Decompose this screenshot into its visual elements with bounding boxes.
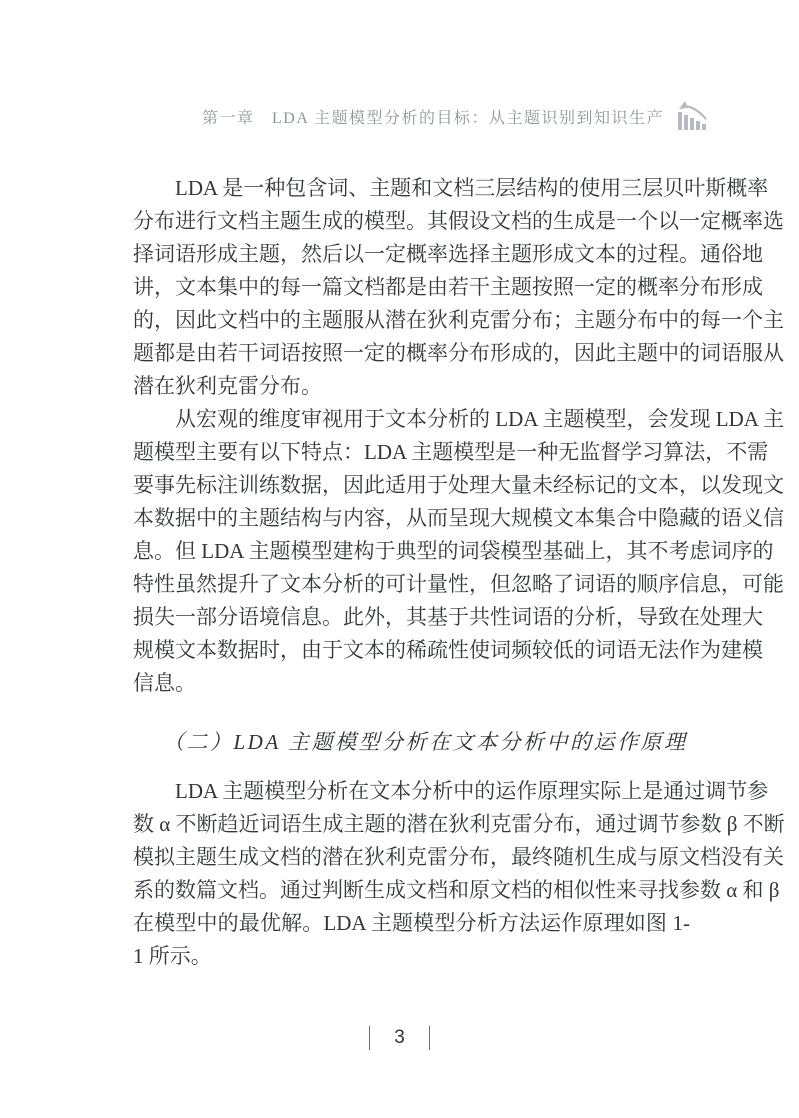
paragraph-line: 择词语形成主题，然后以一定概率选择主题形成文本的过程。通俗地 <box>133 238 690 271</box>
paragraph-line: 规模文本数据时，由于文本的稀疏性使词频较低的词语无法作为建模 <box>133 634 690 667</box>
paragraph-line: 题模型主要有以下特点：LDA 主题模型是一种无监督学习算法，不需 <box>133 436 690 469</box>
paragraph-line: LDA 主题模型分析在文本分析中的运作原理实际上是通过调节参 <box>133 775 690 808</box>
paragraph-line: 的，因此文档中的主题服从潜在狄利克雷分布；主题分布中的每一个主 <box>133 304 690 337</box>
chapter-title: 第一章 LDA 主题模型分析的目标：从主题识别到知识生产 <box>202 106 664 132</box>
paragraph-line: 潜在狄利克雷分布。 <box>133 370 690 403</box>
running-header: 第一章 LDA 主题模型分析的目标：从主题识别到知识生产 <box>202 100 711 132</box>
paragraph-line: 在模型中的最优解。LDA 主题模型分析方法运作原理如图 1-1 所示。 <box>133 907 690 940</box>
page-footer: 3 <box>0 1026 799 1050</box>
paragraph-3: LDA 主题模型分析在文本分析中的运作原理实际上是通过调节参 数 α 不断趋近词… <box>133 775 690 940</box>
paragraph-line: 损失一部分语境信息。此外，其基于共性词语的分析，导致在处理大 <box>133 601 690 634</box>
footer-left-rule <box>369 1026 370 1050</box>
subsection-heading: （二）LDA 主题模型分析在文本分析中的运作原理 <box>133 726 690 759</box>
paragraph-line: 讲，文本集中的每一篇文档都是由若干主题按照一定的概率分布形成 <box>133 271 690 304</box>
paragraph-line: 本数据中的主题结构与内容，从而呈现大规模文本集合中隐藏的语义信 <box>133 502 690 535</box>
paragraph-line: 数 α 不断趋近词语生成主题的潜在狄利克雷分布，通过调节参数 β 不断 <box>133 808 690 841</box>
paragraph-2: 从宏观的维度审视用于文本分析的 LDA 主题模型，会发现 LDA 主 题模型主要… <box>133 403 690 700</box>
paragraph-line: 信息。 <box>133 667 690 700</box>
paragraph-line: LDA 是一种包含词、主题和文档三层结构的使用三层贝叶斯概率 <box>133 172 690 205</box>
paragraph-line: 模拟主题生成文档的潜在狄利克雷分布，最终随机生成与原文档没有关 <box>133 841 690 874</box>
paragraph-line: 特性虽然提升了文本分析的可计量性，但忽略了词语的顺序信息，可能 <box>133 568 690 601</box>
paragraph-line: 系的数篇文档。通过判断生成文档和原文档的相似性来寻找参数 α 和 β <box>133 874 690 907</box>
page-number: 3 <box>394 1027 405 1049</box>
paragraph-line: 要事先标注训练数据，因此适用于处理大量未经标记的文本，以发现文 <box>133 469 690 502</box>
footer-right-rule <box>429 1026 430 1050</box>
declining-bar-chart-icon <box>673 100 711 132</box>
paragraph-line: 分布进行文档主题生成的模型。其假设文档的生成是一个以一定概率选 <box>133 205 690 238</box>
paragraph-line: 息。但 LDA 主题模型建构于典型的词袋模型基础上，其不考虑词序的 <box>133 535 690 568</box>
paragraph-line: 题都是由若干词语按照一定的概率分布形成的，因此主题中的词语服从 <box>133 337 690 370</box>
paragraph-line: 从宏观的维度审视用于文本分析的 LDA 主题模型，会发现 LDA 主 <box>133 403 690 436</box>
page-body: LDA 是一种包含词、主题和文档三层结构的使用三层贝叶斯概率 分布进行文档主题生… <box>133 172 690 940</box>
paragraph-1: LDA 是一种包含词、主题和文档三层结构的使用三层贝叶斯概率 分布进行文档主题生… <box>133 172 690 403</box>
book-page: 第一章 LDA 主题模型分析的目标：从主题识别到知识生产 LDA 是一种包含词、… <box>0 0 799 1118</box>
